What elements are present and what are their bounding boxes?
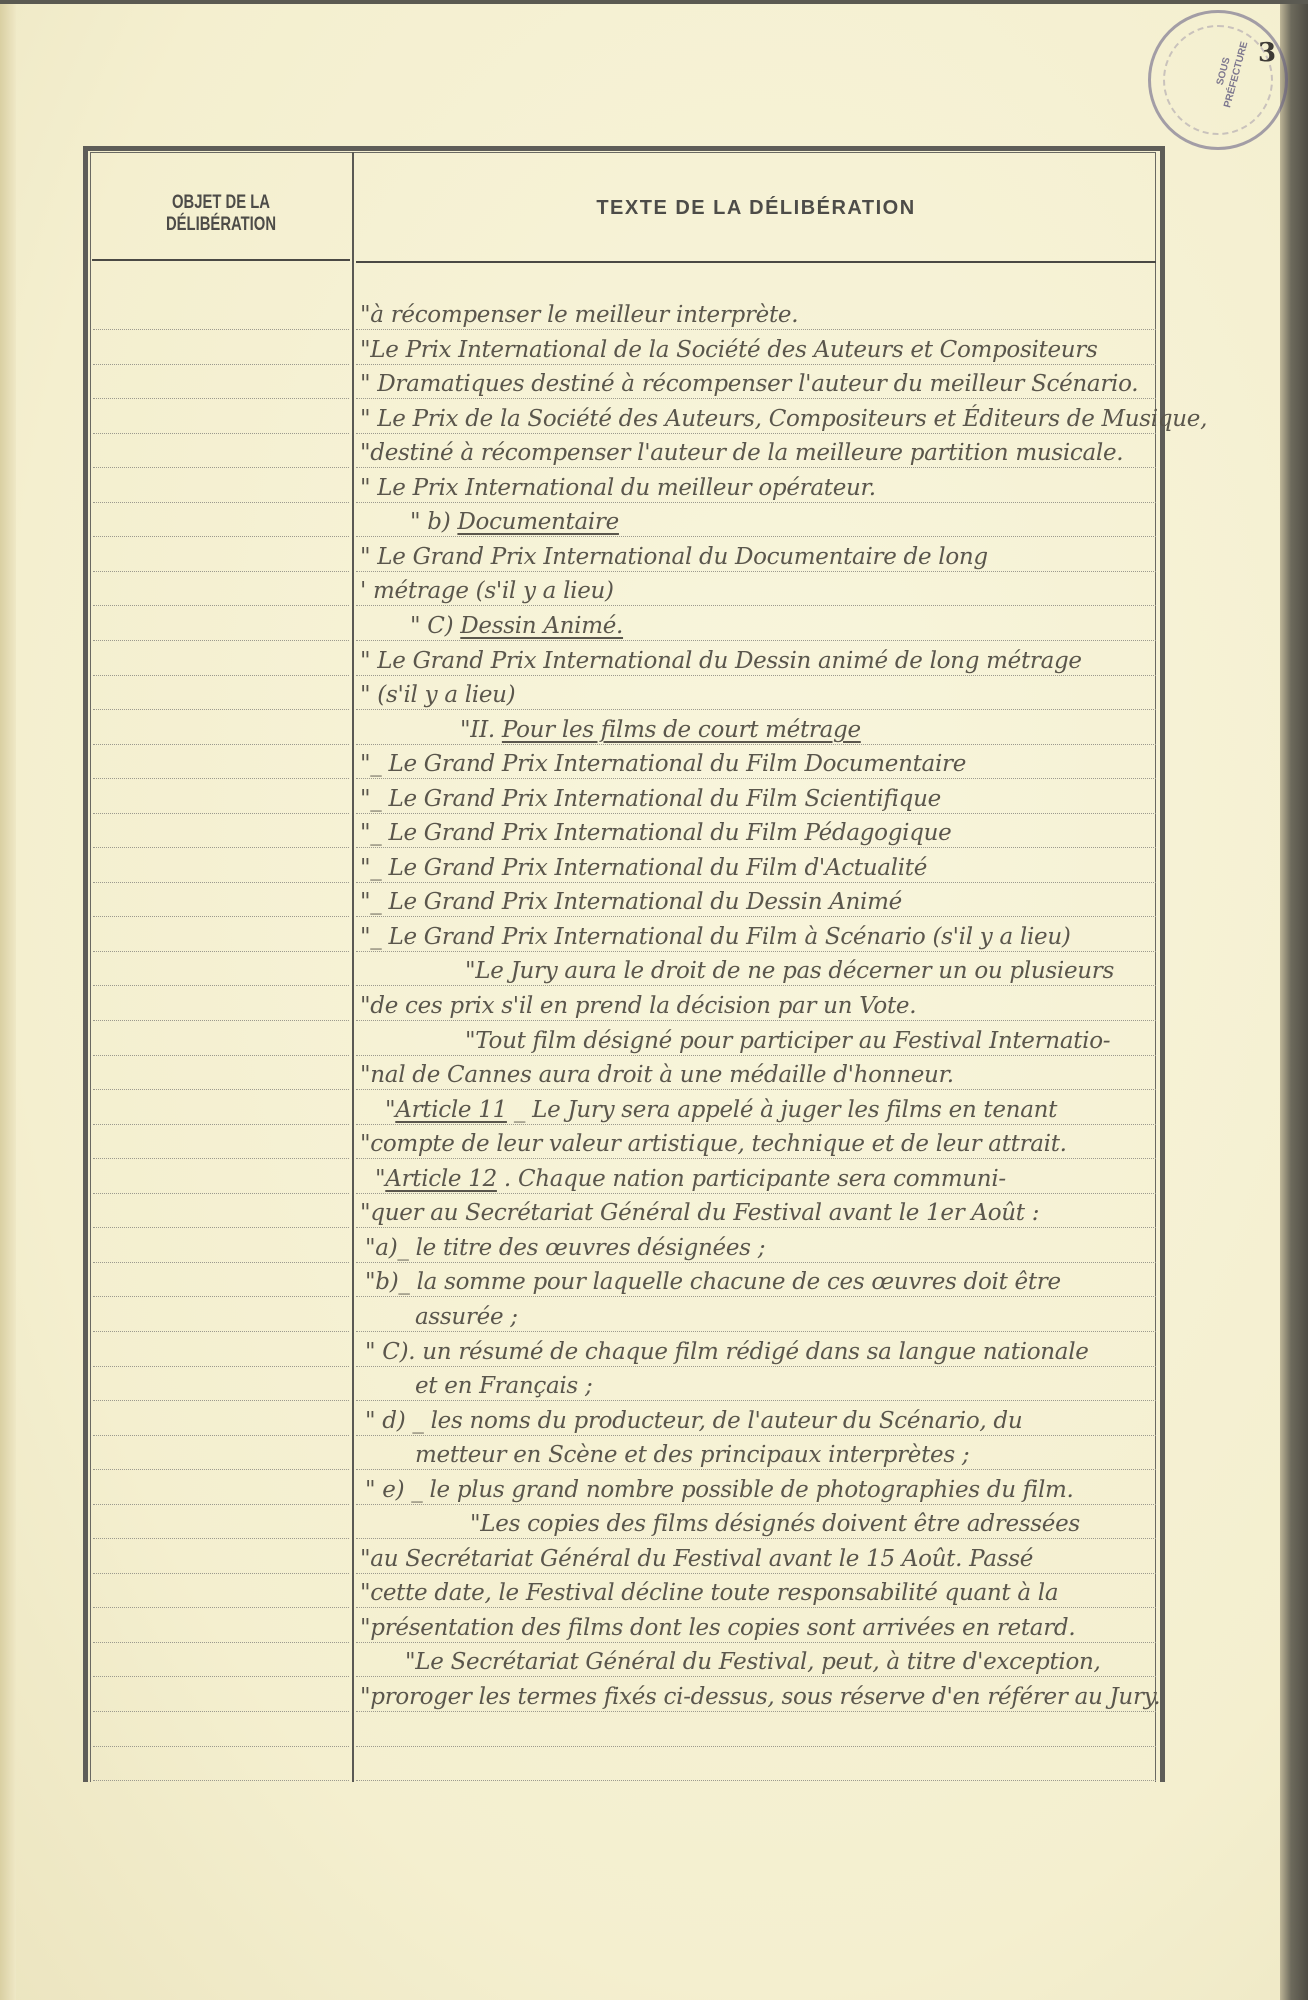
ruled-line: [93, 951, 349, 952]
text-line: "II. Pour les films de court métrage: [460, 715, 1260, 745]
text-line: "_ Le Grand Prix International du Dessin…: [360, 887, 1160, 917]
column-divider: [352, 152, 354, 1782]
ruled-line: [93, 882, 349, 883]
line-text: "a)_ le titre des œuvres désignées ;: [365, 1235, 765, 1261]
ruled-line: [93, 1538, 349, 1539]
text-line: "Le Jury aura le droit de ne pas décerne…: [465, 956, 1265, 986]
text-line: "_ Le Grand Prix International du Film S…: [360, 784, 1160, 814]
underlined-heading: Dessin Animé.: [460, 613, 623, 639]
line-text: " d) _ les noms du producteur, de l'aute…: [365, 1408, 1022, 1434]
text-line: " b) Documentaire: [410, 507, 1210, 537]
text-line: "au Secrétariat Général du Festival avan…: [360, 1544, 1160, 1574]
ruled-line: [93, 1607, 349, 1608]
ruled-line: [93, 1296, 349, 1297]
text-line: "_ Le Grand Prix International du Film d…: [360, 853, 1160, 883]
text-line: " C). un résumé de chaque film rédigé da…: [365, 1337, 1165, 1367]
ruled-line: [93, 329, 349, 330]
line-text: " Dramatiques destiné à récompenser l'au…: [360, 371, 1138, 397]
text-line: "b)_ la somme pour laquelle chacune de c…: [365, 1267, 1165, 1297]
ruled-line: [93, 1711, 349, 1712]
ruled-line: [93, 744, 349, 745]
page-top-edge: [0, 0, 1308, 4]
ruled-line: [93, 605, 349, 606]
line-text: " Le Grand Prix International du Dessin …: [360, 648, 1082, 674]
ruled-line: [93, 433, 349, 434]
line-text: "_ Le Grand Prix International du Film D…: [360, 751, 966, 777]
ruled-line: [93, 1366, 349, 1367]
underlined-heading: Article 11: [395, 1097, 507, 1123]
ruled-line: [93, 847, 349, 848]
line-text: " C): [410, 613, 460, 639]
text-line: "_ Le Grand Prix International du Film D…: [360, 749, 1160, 779]
line-text-continued: _ Le Jury sera appelé à juger les films …: [507, 1097, 1057, 1123]
line-text: " Le Grand Prix International du Documen…: [360, 544, 988, 570]
ruled-line: [93, 675, 349, 676]
line-text: "présentation des films dont les copies …: [360, 1615, 1075, 1641]
line-text: ": [375, 1166, 385, 1192]
column-header-objet: OBJET DE LA DÉLIBÉRATION: [120, 192, 321, 236]
text-line: "Article 12 . Chaque nation participante…: [375, 1164, 1175, 1194]
line-text: "Le Prix International de la Société des…: [360, 337, 1098, 363]
text-line: "_ Le Grand Prix International du Film à…: [360, 922, 1160, 952]
text-line: "destiné à récompenser l'auteur de la me…: [360, 438, 1160, 468]
line-text: "destiné à récompenser l'auteur de la me…: [360, 440, 1123, 466]
header-rule-objet: [92, 259, 350, 261]
line-text: " C). un résumé de chaque film rédigé da…: [365, 1339, 1089, 1365]
line-text: "_ Le Grand Prix International du Film S…: [360, 786, 941, 812]
underlined-heading: Pour les films de court métrage: [502, 717, 861, 743]
ruled-line: [93, 364, 349, 365]
text-line: "cette date, le Festival décline toute r…: [360, 1578, 1160, 1608]
ruled-line: [356, 1780, 1156, 1781]
text-line: " (s'il y a lieu): [360, 680, 1160, 710]
text-line: "Article 11 _ Le Jury sera appelé à juge…: [385, 1095, 1185, 1125]
ruled-line: [93, 1573, 349, 1574]
line-text: " Le Prix de la Société des Auteurs, Com…: [360, 406, 1207, 432]
column-header-texte: TEXTE DE LA DÉLIBÉRATION: [356, 197, 1156, 220]
line-text: "quer au Secrétariat Général du Festival…: [360, 1200, 1039, 1226]
page-number: 3: [1258, 38, 1276, 68]
line-text: assurée ;: [415, 1304, 518, 1330]
ruled-line: [93, 1055, 349, 1056]
text-line: "Les copies des films désignés doivent ê…: [470, 1509, 1270, 1539]
text-line: " Le Prix International du meilleur opér…: [360, 473, 1160, 503]
text-line: assurée ;: [415, 1302, 1215, 1332]
text-line: "présentation des films dont les copies …: [360, 1613, 1160, 1643]
ruled-line: [93, 1435, 349, 1436]
ruled-line: [93, 1227, 349, 1228]
text-line: "Le Secrétariat Général du Festival, peu…: [405, 1647, 1205, 1677]
line-text: "Le Jury aura le droit de ne pas décerne…: [465, 958, 1114, 984]
line-text: "II.: [460, 717, 502, 743]
text-line: et en Français ;: [415, 1371, 1215, 1401]
text-line: "_ Le Grand Prix International du Film P…: [360, 818, 1160, 848]
line-text: " (s'il y a lieu): [360, 682, 515, 708]
line-text: "Tout film désigné pour participer au Fe…: [465, 1028, 1110, 1054]
underlined-heading: Documentaire: [457, 509, 619, 535]
ruled-line: [93, 813, 349, 814]
text-line: "compte de leur valeur artistique, techn…: [360, 1129, 1160, 1159]
text-line: "quer au Secrétariat Général du Festival…: [360, 1198, 1160, 1228]
text-line: " Le Grand Prix International du Documen…: [360, 542, 1160, 572]
header-rule-texte: [356, 261, 1156, 263]
text-line: " Le Grand Prix International du Dessin …: [360, 646, 1160, 676]
line-text: "Les copies des films désignés doivent ê…: [470, 1511, 1080, 1537]
ruled-line: [93, 1400, 349, 1401]
ruled-line: [93, 1331, 349, 1332]
line-text: "b)_ la somme pour laquelle chacune de c…: [365, 1269, 1061, 1295]
ruled-line: [93, 1124, 349, 1125]
book-binding-shadow: [1280, 0, 1308, 2000]
text-line: "nal de Cannes aura droit à une médaille…: [360, 1060, 1160, 1090]
ruled-line: [93, 916, 349, 917]
ruled-line: [93, 398, 349, 399]
line-text: et en Français ;: [415, 1373, 592, 1399]
ruled-line: [93, 571, 349, 572]
ruled-line: [93, 1158, 349, 1159]
text-line: ' métrage (s'il y a lieu): [360, 576, 1160, 606]
ruled-line: [93, 1642, 349, 1643]
ruled-line: [93, 1262, 349, 1263]
page-left-edge: [0, 0, 16, 2000]
ruled-line: [93, 985, 349, 986]
ruled-line: [93, 1020, 349, 1021]
text-line: "de ces prix s'il en prend la décision p…: [360, 991, 1160, 1021]
line-text: metteur en Scène et des principaux inter…: [415, 1442, 969, 1468]
line-text-continued: . Chaque nation participante sera commun…: [497, 1166, 1006, 1192]
ruled-line: [93, 709, 349, 710]
text-line: "a)_ le titre des œuvres désignées ;: [365, 1233, 1165, 1263]
text-line: " C) Dessin Animé.: [410, 611, 1210, 641]
ruled-line: [93, 1504, 349, 1505]
ruled-line: [93, 536, 349, 537]
text-line: " e) _ le plus grand nombre possible de …: [365, 1475, 1165, 1505]
ruled-line: [356, 1746, 1156, 1747]
underlined-heading: Article 12: [385, 1166, 497, 1192]
line-text: ' métrage (s'il y a lieu): [360, 578, 614, 604]
ruled-line: [93, 1746, 349, 1747]
text-line: " Dramatiques destiné à récompenser l'au…: [360, 369, 1160, 399]
line-text: "_ Le Grand Prix International du Film d…: [360, 855, 927, 881]
ruled-line: [93, 467, 349, 468]
line-text: "de ces prix s'il en prend la décision p…: [360, 993, 916, 1019]
line-text: "compte de leur valeur artistique, techn…: [360, 1131, 1067, 1157]
ruled-line: [93, 1780, 349, 1781]
line-text: " e) _ le plus grand nombre possible de …: [365, 1477, 1074, 1503]
ruled-line: [93, 778, 349, 779]
line-text: ": [385, 1097, 395, 1123]
text-line: "proroger les termes fixés ci-dessus, so…: [360, 1682, 1160, 1712]
line-text: "_ Le Grand Prix International du Film P…: [360, 820, 951, 846]
line-text: "_ Le Grand Prix International du Dessin…: [360, 889, 902, 915]
text-line: " d) _ les noms du producteur, de l'aute…: [365, 1406, 1165, 1436]
line-text: "_ Le Grand Prix International du Film à…: [360, 924, 1071, 950]
text-line: " Le Prix de la Société des Auteurs, Com…: [360, 404, 1160, 434]
ruled-line: [93, 1676, 349, 1677]
text-line: metteur en Scène et des principaux inter…: [415, 1440, 1215, 1470]
line-text: "à récompenser le meilleur interprète.: [360, 302, 798, 328]
line-text: "proroger les termes fixés ci-dessus, so…: [360, 1684, 1160, 1710]
line-text: "au Secrétariat Général du Festival avan…: [360, 1546, 1033, 1572]
text-line: "à récompenser le meilleur interprète.: [360, 300, 1160, 330]
ruled-line: [93, 502, 349, 503]
line-text: " b): [410, 509, 457, 535]
ruled-line: [93, 1193, 349, 1194]
line-text: " Le Prix International du meilleur opér…: [360, 475, 876, 501]
ruled-line: [93, 1469, 349, 1470]
ruled-line: [93, 640, 349, 641]
line-text: "nal de Cannes aura droit à une médaille…: [360, 1062, 954, 1088]
ruled-line: [93, 1089, 349, 1090]
line-text: "Le Secrétariat Général du Festival, peu…: [405, 1649, 1101, 1675]
text-line: "Tout film désigné pour participer au Fe…: [465, 1026, 1265, 1056]
text-line: "Le Prix International de la Société des…: [360, 335, 1160, 365]
line-text: "cette date, le Festival décline toute r…: [360, 1580, 1058, 1606]
